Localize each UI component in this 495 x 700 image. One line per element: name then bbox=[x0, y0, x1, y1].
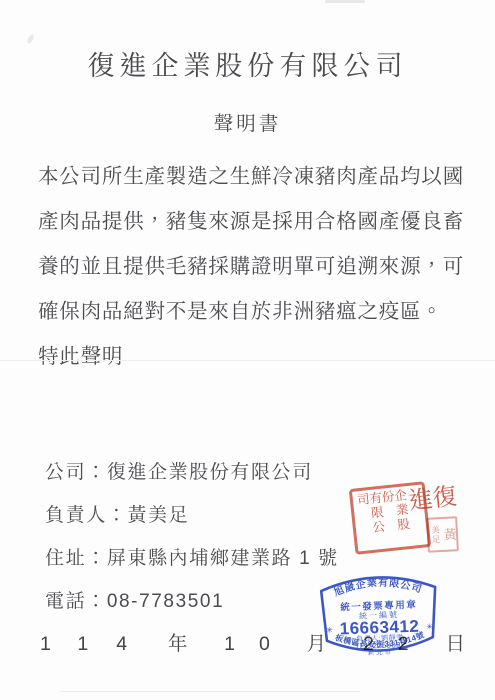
scan-speck bbox=[26, 33, 35, 44]
document-type-heading: 聲明書 bbox=[0, 112, 495, 136]
date-month: 10 bbox=[224, 623, 294, 666]
info-value: 08-7783501 bbox=[107, 591, 224, 612]
body-line: 產肉品提供，豬隻來源是採用合格國產優良畜 bbox=[38, 199, 457, 244]
info-label: 電話 bbox=[45, 591, 86, 612]
company-seal-stamp: 復進 企業股份 有限公司 bbox=[349, 481, 431, 555]
scan-smudge bbox=[325, 0, 365, 3]
info-separator: ： bbox=[86, 548, 107, 569]
info-separator: ： bbox=[86, 591, 107, 612]
name-seal-column-right: 黃 bbox=[441, 527, 455, 541]
flower-ornament-icon: ✳ bbox=[326, 626, 333, 635]
body-closing: 特此聲明 bbox=[38, 334, 457, 379]
declaration-body: 本公司所生產製造之生鮮冷凍豬肉產品均以國 產肉品提供，豬隻來源是採用合格國產優良… bbox=[0, 154, 495, 379]
body-line: 養的並且提供毛豬採購證明單可追溯來源，可 bbox=[38, 244, 457, 289]
invoice-stamp-graphic: 旭崴企業有限公司 統一發票專用章 統一編號 ✳ 16663412 ✳ 負責人:劉… bbox=[306, 559, 452, 668]
info-separator: ： bbox=[86, 462, 107, 483]
info-label: 公司 bbox=[45, 462, 86, 483]
personal-name-seal: 黃 美足 bbox=[426, 516, 459, 553]
scan-line-bottom bbox=[60, 691, 360, 692]
info-label: 住址 bbox=[45, 548, 86, 569]
company-title: 復進企業股份有限公司 bbox=[0, 48, 495, 84]
info-value: 屏東縣內埔鄉建業路 1 號 bbox=[107, 548, 339, 569]
flower-ornament-icon: ✳ bbox=[426, 622, 433, 631]
declaration-document: 復進企業股份有限公司 聲明書 本公司所生產製造之生鮮冷凍豬肉產品均以國 產肉品提… bbox=[0, 0, 495, 700]
info-separator: ： bbox=[107, 505, 128, 526]
body-line: 本公司所生產製造之生鮮冷凍豬肉產品均以國 bbox=[38, 154, 457, 199]
date-year: 114 bbox=[40, 623, 155, 666]
info-label: 負責人 bbox=[45, 505, 107, 526]
date-year-unit: 年 bbox=[168, 623, 188, 666]
blue-invoice-stamp: 旭崴企業有限公司 統一發票專用章 統一編號 ✳ 16663412 ✳ 負責人:劉… bbox=[306, 559, 452, 668]
info-value: 復進企業股份有限公司 bbox=[107, 462, 313, 483]
name-seal-column-left: 美足 bbox=[430, 525, 439, 544]
info-value: 黃美足 bbox=[127, 505, 189, 526]
body-line: 確保肉品絕對不是來自於非洲豬瘟之疫區。 bbox=[38, 289, 457, 334]
